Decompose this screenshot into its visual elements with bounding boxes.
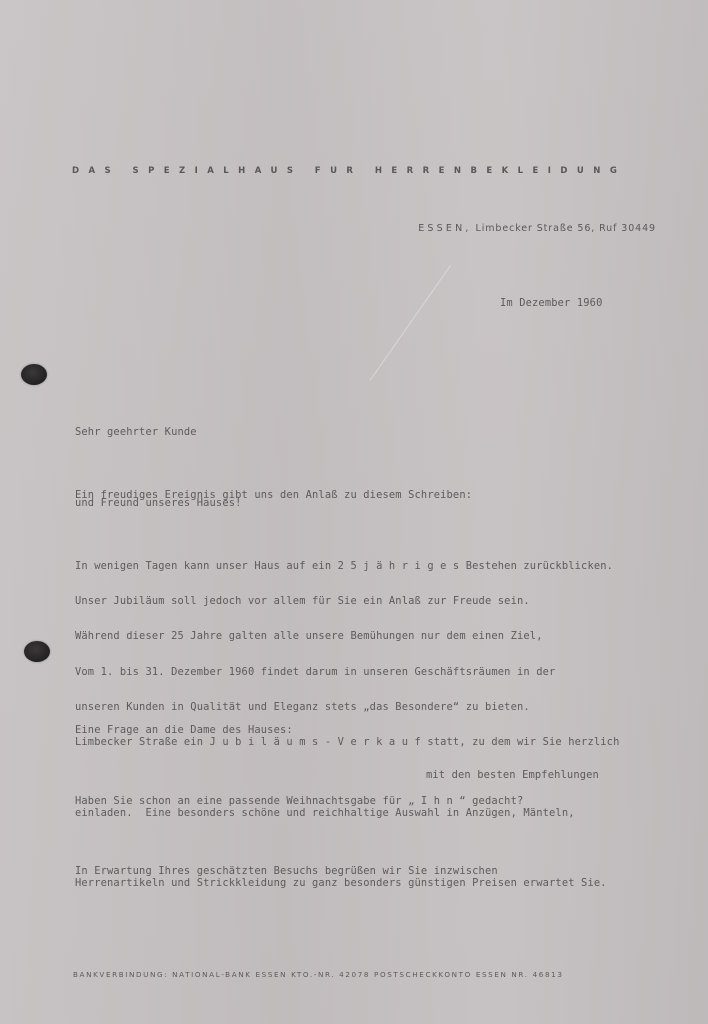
paragraph-line: Ein freudiges Ereignis gibt uns den Anla… bbox=[75, 484, 613, 508]
paragraph-question: Eine Frage an die Dame des Hauses: Haben… bbox=[75, 672, 523, 907]
letter-date: Im Dezember 1960 bbox=[500, 297, 603, 309]
punch-hole-top bbox=[21, 364, 47, 385]
address-street-phone: Limbecker Straße 56, Ruf 30449 bbox=[476, 223, 656, 234]
paragraph-line: In Erwartung Ihres geschätzten Besuchs b… bbox=[75, 860, 523, 884]
address-city: ESSEN, bbox=[418, 223, 471, 234]
paragraph-line: Haben Sie schon an eine passende Weihnac… bbox=[75, 790, 523, 814]
closing: mit den besten Empfehlungen bbox=[426, 769, 599, 781]
bank-details-footer: BANKVERBINDUNG: NATIONAL-BANK ESSEN KTO.… bbox=[73, 970, 564, 979]
paragraph-line: Unser Jubiläum soll jedoch vor allem für… bbox=[75, 590, 619, 614]
company-tagline: DAS SPEZIALHAUS FUR HERRENBEKLEIDUNG bbox=[72, 166, 672, 176]
paragraph-line: Eine Frage an die Dame des Hauses: bbox=[75, 719, 523, 743]
punch-hole-bottom bbox=[24, 641, 50, 662]
company-address: ESSEN, Limbecker Straße 56, Ruf 30449 bbox=[418, 223, 656, 234]
